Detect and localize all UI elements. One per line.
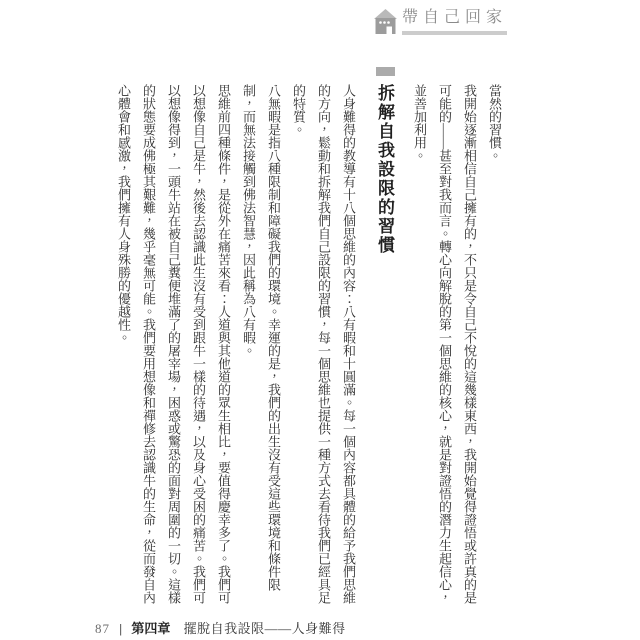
running-head-title-wrap: 帶自己回家 [402,7,507,35]
page-number: 87 [95,621,110,636]
page-footer: 87 | 第四章 擺脫自我設限——人身難得 [95,618,346,637]
house-icon [374,9,397,40]
paragraph-1: 人身難得的教導有十八個思維的內容：八有暇和十圓滿。每一個內容都具體的給予我們思維… [286,84,361,604]
paragraph-2: 八無暇是指八種限制和障礙我們的環境。幸運的是，我們的出生沒有受這些環境和條件限制… [236,84,286,604]
chapter-label: 第四章 [131,621,170,636]
section-marker-bar-icon [376,67,395,76]
paragraph-intro: 我開始逐漸相信自己擁有的，不只是令自己不悅的這幾樣東西，我開始覺得證悟或許真的是… [407,84,482,604]
paragraph-carryover: 當然的習慣。 [482,84,507,604]
running-head-underline [402,31,507,35]
section-heading: 拆解自我設限的習慣 [369,84,399,604]
body-text-block: 當然的習慣。 我開始逐漸相信自己擁有的，不只是令自己不悅的這幾樣東西，我開始覺得… [111,84,507,604]
running-head-title: 帶自己回家 [402,7,507,29]
section-heading-text: 拆解自我設限的習慣 [375,84,394,255]
paragraph-3: 思維前四種條件，是從外在痛苦來看：人道與其他道的眾生相比，要值得慶幸多了。我們可… [111,84,236,604]
running-head: 帶自己回家 [374,7,507,40]
chapter-title: 擺脫自我設限——人身難得 [184,621,346,636]
footer-divider: | [119,621,122,636]
